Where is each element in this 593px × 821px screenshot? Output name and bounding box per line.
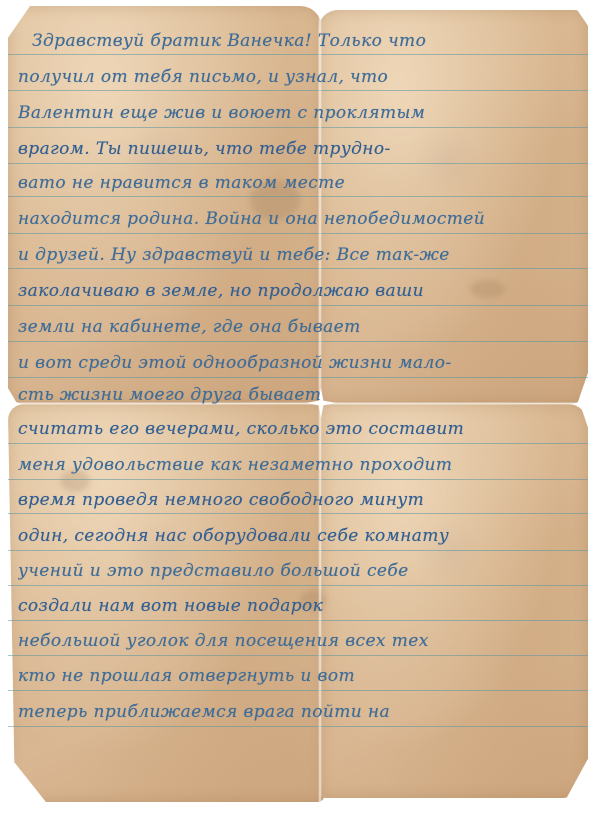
- handwritten-line: время проведя немного свободного минут: [18, 485, 578, 515]
- handwritten-line: врагом. Ты пишешь, что тебе трудно-: [18, 134, 578, 164]
- handwritten-line: получил от тебя письмо, и узнал, что: [18, 62, 578, 92]
- handwritten-line: и вот среди этой однообразной жизни мало…: [18, 348, 578, 378]
- handwritten-text: Здравствуй братик Ванечка! Только что по…: [18, 0, 586, 821]
- handwritten-line: считать его вечерами, сколько это состав…: [18, 414, 578, 444]
- handwritten-line: Валентин еще жив и воюет с проклятым: [18, 98, 578, 128]
- handwritten-line: сть жизни моего друга бывает: [18, 380, 578, 410]
- handwritten-line: Здравствуй братик Ванечка! Только что: [32, 26, 592, 56]
- handwritten-line: теперь приближаемся врага пойти на: [18, 697, 578, 727]
- handwritten-line: кто не прошлая отвергнуть и вот: [18, 661, 578, 691]
- letter-sheet: Здравствуй братик Ванечка! Только что по…: [0, 0, 593, 821]
- handwritten-line: меня удовольствие как незаметно проходит: [18, 450, 578, 480]
- handwritten-line: вато не нравится в таком месте: [18, 168, 578, 198]
- handwritten-line: небольшой уголок для посещения всех тех: [18, 626, 578, 656]
- handwritten-line: находится родина. Война и она непобедимо…: [18, 204, 578, 234]
- handwritten-line: создали нам вот новые подарок: [18, 591, 578, 621]
- handwritten-line: и друзей. Ну здравствуй и тебе: Все так-…: [18, 240, 578, 270]
- handwritten-line: земли на кабинете, где она бывает: [18, 312, 578, 342]
- handwritten-line: учений и это представило большой себе: [18, 556, 578, 586]
- handwritten-line: один, сегодня нас оборудовали себе комна…: [18, 521, 578, 551]
- handwritten-line: заколачиваю в земле, но продолжаю ваши: [18, 276, 578, 306]
